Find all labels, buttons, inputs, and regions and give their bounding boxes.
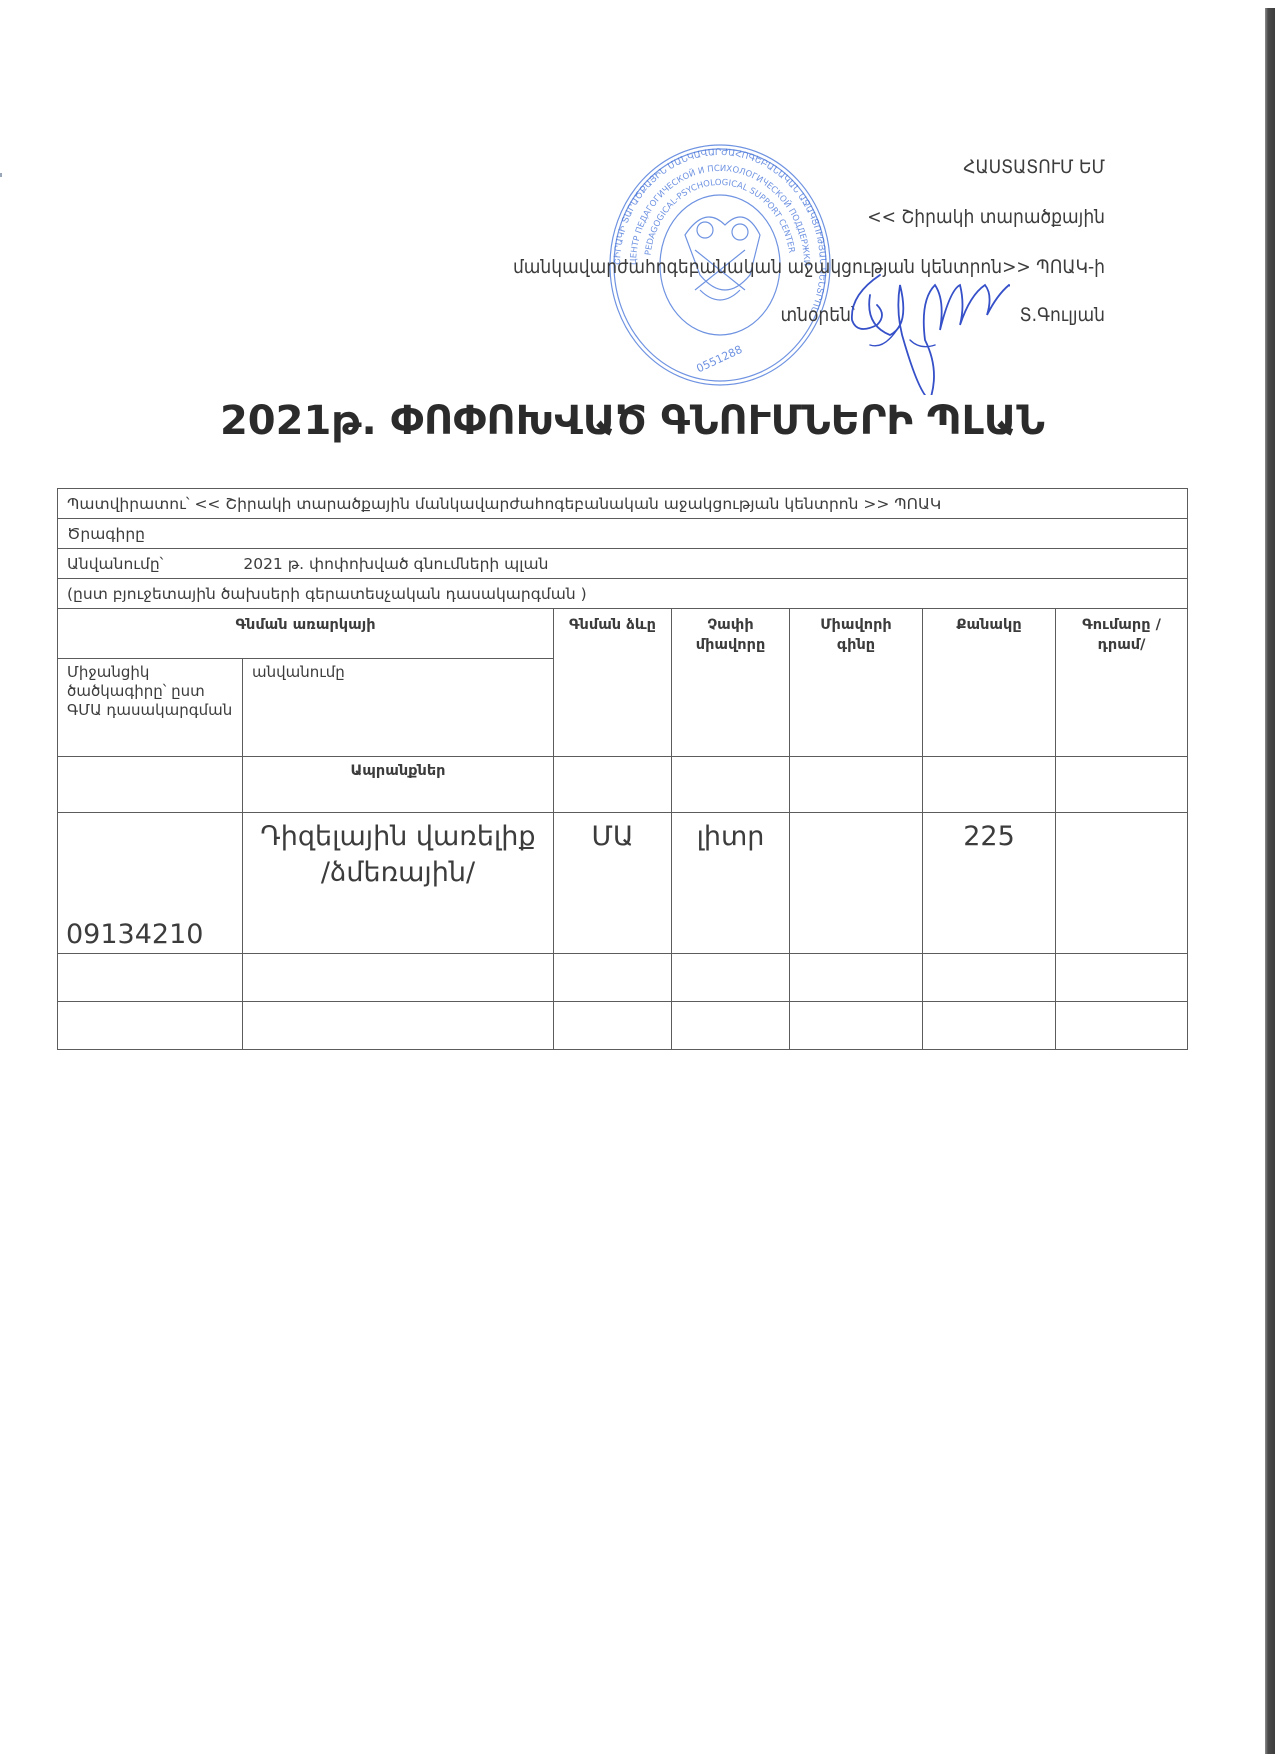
item-quantity: 225	[923, 813, 1056, 954]
table-row: 09134210 Դիզելային վառելիք /ձմեռային/ ՄԱ…	[58, 813, 1188, 954]
svg-text:ՇԻՐԱԿԻ ՏԱՐԱԾՔԱՅԻՆ ՄԱՆԿԱՎԱՐԺԱՀՈ: ՇԻՐԱԿԻ ՏԱՐԱԾՔԱՅԻՆ ՄԱՆԿԱՎԱՐԺԱՀՈԳԵԲԱՆԱԿԱՆ …	[613, 148, 827, 315]
svg-text:PEDAGOGICAL-PSYCHOLOGICAL SUPP: PEDAGOGICAL-PSYCHOLOGICAL SUPPORT CENTER	[644, 178, 797, 256]
approval-heading: ՀԱՍՏԱՏՈՒՄ ԵՄ	[963, 156, 1105, 178]
name-row: Անվանումը՝2021 թ. փոփոխված գնումների պլա…	[58, 549, 1188, 579]
page-title: 2021թ. ՓՈՓՈԽՎԱԾ ԳՆՈՒՄՆԵՐԻ ՊԼԱՆ	[0, 398, 1265, 444]
program-row: Ծրագիրը	[58, 519, 1188, 549]
classification-row: (ըստ բյուջետային ծախսերի գերատեսչական դա…	[58, 579, 1188, 609]
header-unit: Չափի միավորը	[672, 609, 790, 757]
header-subject: Գնման առարկայի	[58, 609, 554, 659]
header-unit-price: Միավորի գինը	[790, 609, 923, 757]
section-label: Ապրանքներ	[243, 757, 554, 813]
name-label: Անվանումը՝	[67, 555, 163, 573]
svg-text:0551288: 0551288	[694, 343, 744, 375]
scan-edge-shadow	[1265, 8, 1275, 1754]
item-unit-price	[790, 813, 923, 954]
classification-note: (ըստ բյուջետային ծախսերի գերատեսչական դա…	[58, 579, 1188, 609]
subheader-code: Միջանցիկ ծածկագիրը՝ ըստ ԳՄԱ դասակարգման	[58, 659, 243, 757]
section-row: Ապրանքներ	[58, 757, 1188, 813]
empty-row	[58, 954, 1188, 1002]
svg-text:ЦЕНТР ПЕДАГОГИЧЕСКОЙ И ПСИХОЛО: ЦЕНТР ПЕДАГОГИЧЕСКОЙ И ПСИХОЛОГИЧЕСКОЙ П…	[629, 164, 811, 266]
director-label: տնօրեն՝	[781, 304, 855, 326]
subheader-name: անվանումը	[243, 659, 554, 757]
approval-director-line: տնօրեն՝ Տ.Գուլյան	[1020, 304, 1105, 326]
customer-label: Պատվիրատու՝	[67, 495, 190, 513]
item-code: 09134210	[58, 813, 243, 954]
header-method: Գնման ձևը	[554, 609, 672, 757]
approval-org-line2: մանկավարժահոգեբանական աջակցության կենտրո…	[513, 256, 1105, 278]
item-amount	[1056, 813, 1188, 954]
approval-org-line1: << Շիրակի տարածքային	[867, 206, 1105, 228]
customer-row: Պատվիրատու՝ << Շիրակի տարածքային մանկավա…	[58, 489, 1188, 519]
header-row: Գնման առարկայի Գնման ձևը Չափի միավորը Մի…	[58, 609, 1188, 659]
item-method: ՄԱ	[554, 813, 672, 954]
program-label: Ծրագիրը	[58, 519, 1188, 549]
header-amount: Գումարը /դրամ/	[1056, 609, 1188, 757]
header-quantity: Քանակը	[923, 609, 1056, 757]
director-name: Տ.Գուլյան	[1020, 304, 1105, 326]
name-value: 2021 թ. փոփոխված գնումների պլան	[243, 555, 548, 573]
procurement-plan-table: Պատվիրատու՝ << Շիրակի տարածքային մանկավա…	[57, 488, 1188, 1050]
empty-row	[58, 1002, 1188, 1050]
scan-speck	[0, 173, 2, 177]
customer-value: << Շիրակի տարածքային մանկավարժահոգեբանակ…	[190, 495, 942, 513]
item-unit: լիտր	[672, 813, 790, 954]
item-name: Դիզելային վառելիք /ձմեռային/	[243, 813, 554, 954]
